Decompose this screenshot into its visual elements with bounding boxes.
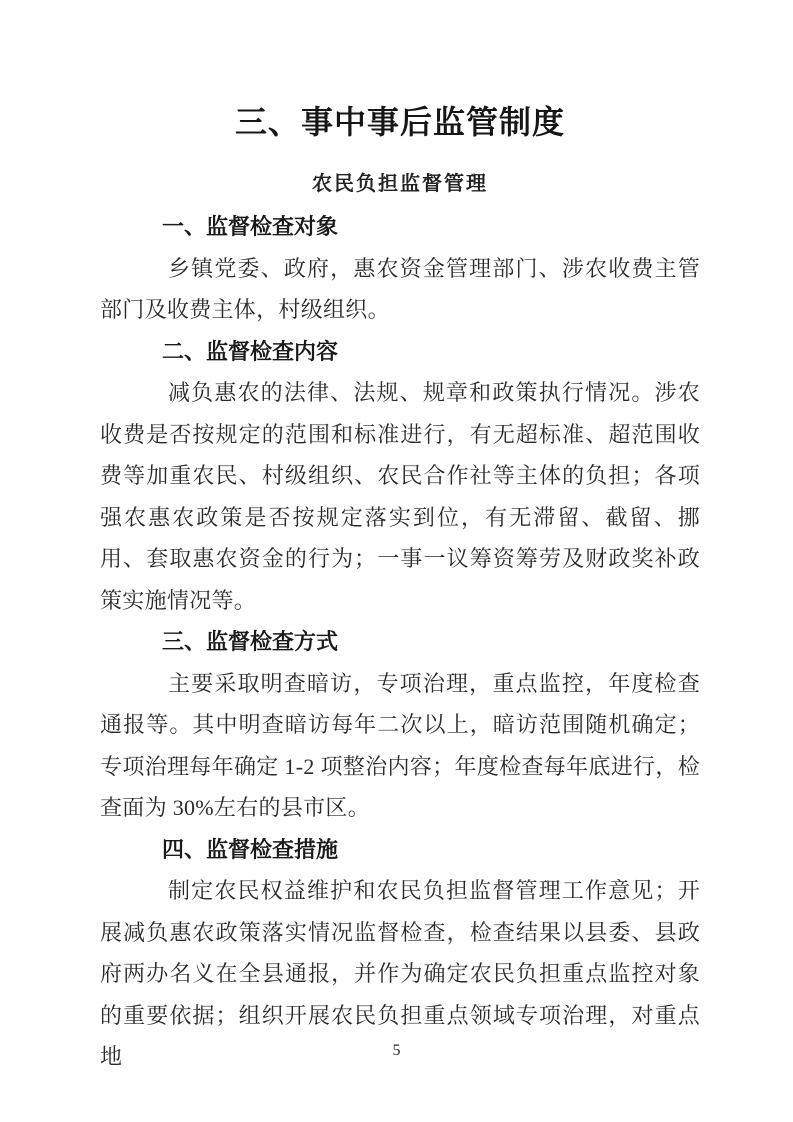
sections-container: 一、监督检查对象乡镇党委、政府，惠农资金管理部门、涉农收费主管部门及收费主体，村…	[100, 206, 700, 1078]
section-heading: 四、监督检查措施	[162, 829, 700, 871]
section-paragraph: 减负惠农的法律、法规、规章和政策执行情况。涉农收费是否按规定的范围和标准进行，有…	[100, 372, 700, 621]
section-heading: 二、监督检查内容	[162, 331, 700, 373]
section-paragraph: 主要采取明查暗访，专项治理，重点监控，年度检查通报等。其中明查暗访每年二次以上，…	[100, 663, 700, 829]
page-title: 三、事中事后监管制度	[100, 100, 700, 144]
section-heading: 三、监督检查方式	[162, 621, 700, 663]
section-heading: 一、监督检查对象	[162, 206, 700, 248]
page-subtitle: 农民负担监督管理	[100, 166, 700, 202]
page-number: 5	[0, 1042, 793, 1060]
section-paragraph: 乡镇党委、政府，惠农资金管理部门、涉农收费主管部门及收费主体，村级组织。	[100, 248, 700, 331]
document-page: 三、事中事后监管制度 农民负担监督管理 一、监督检查对象乡镇党委、政府，惠农资金…	[0, 0, 793, 1122]
